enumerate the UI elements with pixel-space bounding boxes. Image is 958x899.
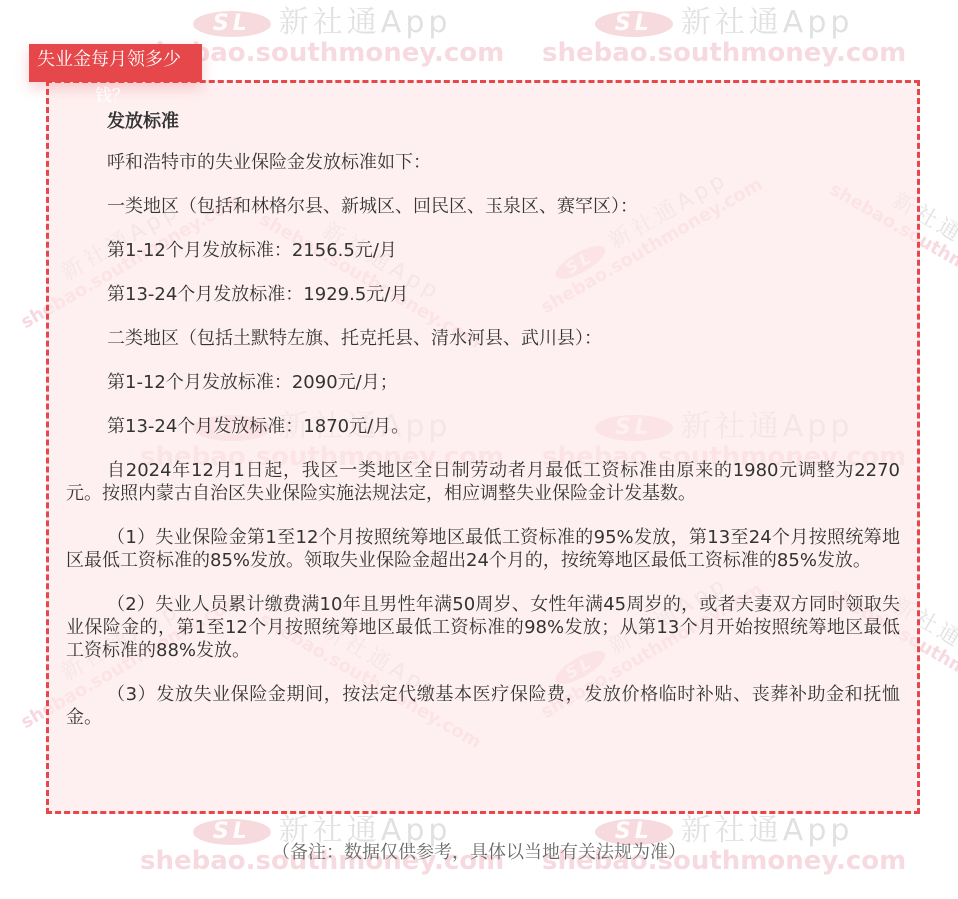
class2-months-1-12: 第1-12个月发放标准：2090元/月； <box>66 371 900 394</box>
title-tag-overflow-text: 钱？ <box>95 84 129 108</box>
footnote: （备注：数据仅供参考，具体以当地有关法规为准） <box>0 838 958 864</box>
intro-text: 呼和浩特市的失业保险金发放标准如下： <box>66 151 900 174</box>
class2-months-13-24: 第13-24个月发放标准：1870元/月。 <box>66 415 900 438</box>
sl-logo-icon: SL <box>193 11 271 37</box>
title-tag-text: 失业金每月领多少 <box>37 49 181 70</box>
watermark: SL新社通App shebao.southmoney.com <box>542 8 906 66</box>
class1-label: 一类地区（包括和林格尔县、新城区、回民区、玉泉区、赛罕区）： <box>66 195 900 218</box>
content-body: 发放标准 呼和浩特市的失业保险金发放标准如下： 一类地区（包括和林格尔县、新城区… <box>66 110 900 750</box>
section-heading: 发放标准 <box>66 110 900 133</box>
class1-months-1-12: 第1-12个月发放标准：2156.5元/月 <box>66 239 900 262</box>
paragraph-rule-1: （1）失业保险金第1至12个月按照统筹地区最低工资标准的95%发放，第13至24… <box>66 526 900 572</box>
sl-logo-icon: SL <box>595 11 673 37</box>
paragraph-rule-3: （3）发放失业保险金期间，按法定代缴基本医疗保险费，发放价格临时补贴、丧葬补助金… <box>66 683 900 729</box>
section-title-tag: 失业金每月领多少 钱？ <box>29 44 202 82</box>
paragraph-adjustment: 自2024年12月1日起，我区一类地区全日制劳动者月最低工资标准由原来的1980… <box>66 459 900 505</box>
class1-months-13-24: 第13-24个月发放标准：1929.5元/月 <box>66 283 900 306</box>
paragraph-rule-2: （2）失业人员累计缴费满10年且男性年满50周岁、女性年满45周岁的，或者夫妻双… <box>66 593 900 662</box>
class2-label: 二类地区（包括土默特左旗、托克托县、清水河县、武川县）： <box>66 327 900 350</box>
